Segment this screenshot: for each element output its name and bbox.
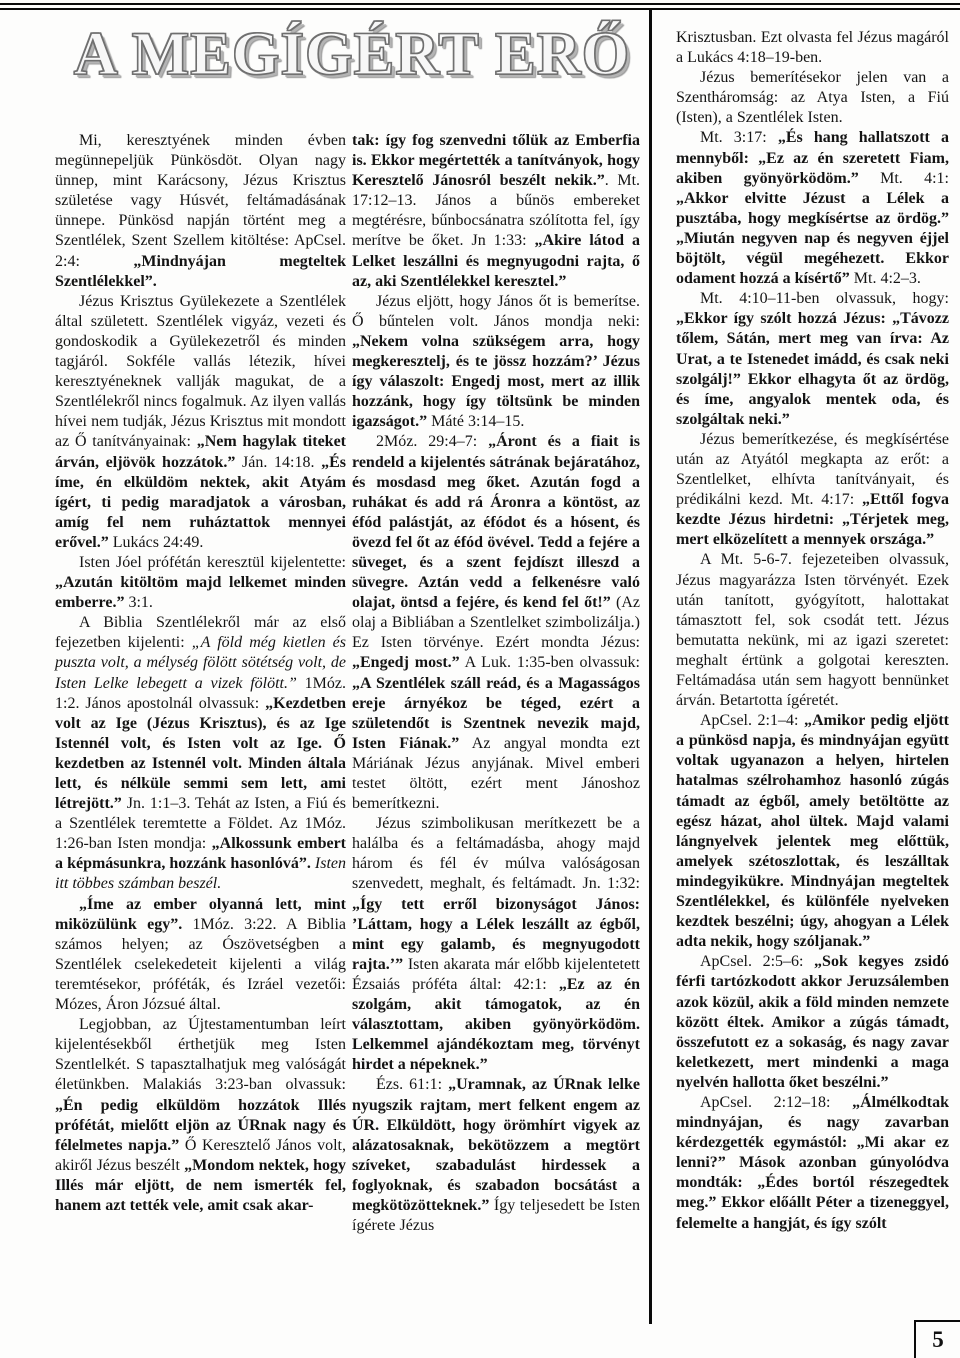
- text-run: Mi, keresztyének minden évben megünnepel…: [55, 132, 346, 270]
- paragraph: tak: így fog szenvedni tőlük az Emberfia…: [352, 131, 640, 292]
- page-number: 5: [932, 1327, 944, 1353]
- text-run: „Engedj most.”: [352, 654, 460, 671]
- text-run: Ján. 14:18.: [235, 454, 321, 471]
- paragraph: Ézs. 61:1: „Uramnak, az ÚRnak lelke nyug…: [352, 1075, 640, 1236]
- text-run: „Áront és a fiait is rendeld a kijelenté…: [352, 433, 640, 611]
- text-column-right: Krisztusban. Ezt olvasta fel Jézus magár…: [676, 28, 949, 1234]
- text-run: A Luk. 1:35-ben olvassuk:: [460, 654, 640, 671]
- paragraph: Jézus bemerítkezése, és megkísértése utá…: [676, 430, 949, 551]
- text-run: Máté 3:14–15.: [427, 413, 524, 430]
- paragraph: Jézus eljött, hogy János őt is bemerítse…: [352, 292, 640, 433]
- text-run: Jézus Krisztus Gyülekezete a Szentlélek …: [55, 293, 346, 451]
- paragraph: ApCsel. 2:1–4: „Amikor pedig eljött a pü…: [676, 711, 949, 952]
- paragraph: A Biblia Szentlélekről már az első fejez…: [55, 613, 346, 894]
- text-run: Jézus eljött, hogy János őt is bemerítse…: [352, 293, 640, 330]
- text-run: „Azután kitöltöm majd lelkemet minden em…: [55, 574, 346, 611]
- paragraph: Legjobban, az Újtestamentumban leírt kij…: [55, 1015, 346, 1216]
- text-run: Mt. 4:1:: [859, 170, 949, 187]
- paragraph: ApCsel. 2:12–18: „Álmélkodtak mindnyájan…: [676, 1093, 949, 1234]
- text-run: Krisztusban. Ezt olvasta fel Jézus magár…: [676, 29, 949, 66]
- text-run: ApCsel. 2:1–4:: [700, 712, 804, 729]
- text-run: „Ekkor így szólt hozzá Jézus: „Távozz tő…: [676, 310, 949, 427]
- text-run: A Mt. 5-6-7. fejezeteiben olvassuk, Jézu…: [676, 551, 949, 709]
- paragraph: ApCsel. 2:5–6: „Sok kegyes zsidó férfi t…: [676, 952, 949, 1093]
- paragraph: 2Móz. 29:4–7: „Áront és a fiait is rende…: [352, 432, 640, 814]
- page-title: A MEGÍGÉRT ERŐ: [52, 20, 652, 90]
- text-run: Isten Jóel prófétán keresztül kijelentet…: [79, 554, 346, 571]
- text-run: „Amikor pedig eljött a pünkösd napja, és…: [676, 712, 949, 950]
- text-run: Mt. 3:17:: [700, 129, 778, 146]
- document-page: A MEGÍGÉRT ERŐ Mi, keresztyének minden é…: [0, 0, 960, 1358]
- text-run: Mt. 4:10–11-ben olvassuk, hogy:: [700, 290, 949, 307]
- text-column-left: Mi, keresztyének minden évben megünnepel…: [55, 131, 346, 1216]
- paragraph: Jézus szimbolikusan merítkezett be a hal…: [352, 814, 640, 1075]
- text-run: „Uramnak, az ÚRnak lelke nyugszik rajtam…: [352, 1076, 640, 1214]
- text-run: tak: így fog szenvedni tőlük az Emberfia…: [352, 132, 640, 189]
- paragraph: Jézus Krisztus Gyülekezete a Szentlélek …: [55, 292, 346, 553]
- text-run: ApCsel. 2:12–18:: [700, 1094, 852, 1111]
- paragraph: Isten Jóel prófétán keresztül kijelentet…: [55, 553, 346, 613]
- paragraph: Mt. 4:10–11-ben olvassuk, hogy: „Ekkor í…: [676, 289, 949, 430]
- paragraph: Krisztusban. Ezt olvasta fel Jézus magár…: [676, 28, 949, 68]
- text-run: 3:1.: [124, 594, 152, 611]
- text-column-middle: tak: így fog szenvedni tőlük az Emberfia…: [352, 131, 640, 1236]
- text-run: „Álmélkodtak mindnyájan, és nagy zavarba…: [676, 1094, 949, 1232]
- paragraph: A Mt. 5-6-7. fejezeteiben olvassuk, Jézu…: [676, 550, 949, 711]
- paragraph: Mi, keresztyének minden évben megünnepel…: [55, 131, 346, 292]
- text-run: Jézus bemerítésekor jelen van a Szenthár…: [676, 69, 949, 126]
- text-run: Jézus szimbolikusan merítkezett be a hal…: [352, 815, 640, 892]
- paragraph: „Íme az ember olyanná lett, mint miközül…: [55, 895, 346, 1016]
- text-run: Ézs. 61:1:: [376, 1076, 448, 1093]
- paragraph: Mt. 3:17: „És hang hallatszott a mennybő…: [676, 128, 949, 289]
- text-run: Lukács 24:49.: [109, 534, 204, 551]
- text-run: Mt. 4:2–3.: [850, 270, 921, 287]
- text-run: „Sok kegyes zsidó férfi tartózkodott akk…: [676, 953, 949, 1091]
- text-run: 2Móz. 29:4–7:: [376, 433, 488, 450]
- top-double-rule: [0, 3, 960, 10]
- text-run: Legjobban, az Újtestamentumban leírt kij…: [55, 1016, 346, 1093]
- text-run: ApCsel. 2:5–6:: [700, 953, 814, 970]
- column-divider-rule: [649, 8, 652, 1324]
- paragraph: Jézus bemerítésekor jelen van a Szenthár…: [676, 68, 949, 128]
- page-number-box: 5: [914, 1320, 960, 1358]
